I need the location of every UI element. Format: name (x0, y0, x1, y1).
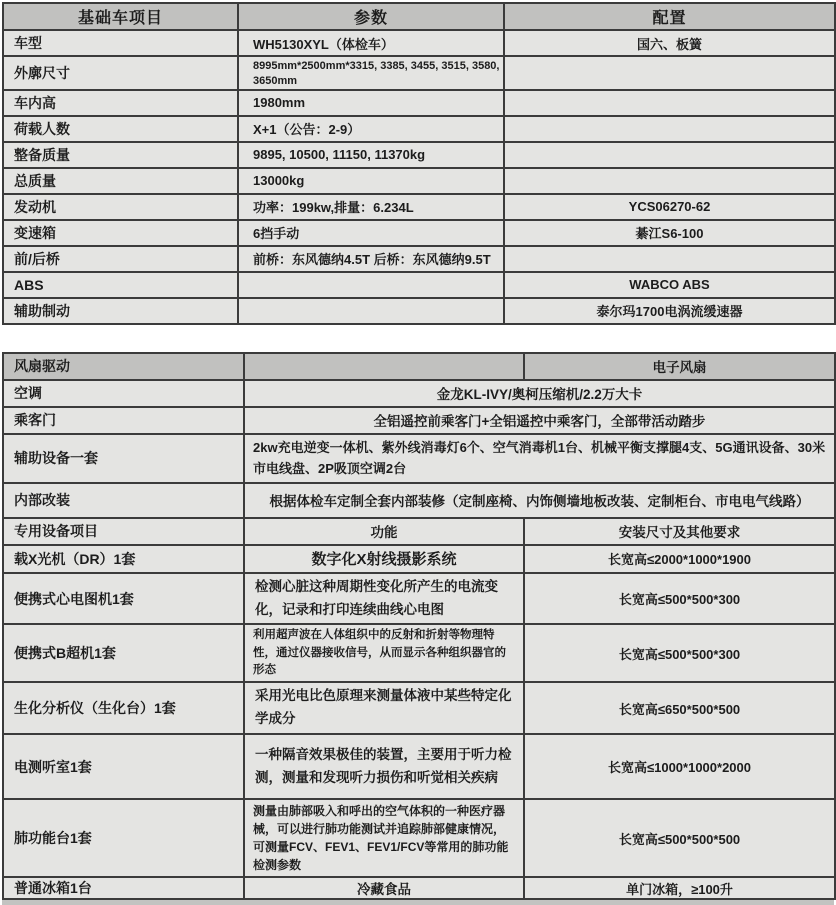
t1-row-config: 綦江S6-100 (504, 220, 835, 246)
table-row: 内部改装 根据体检车定制全套内部装修（定制座椅、内饰侧墙地板改装、定制柜台、市电… (3, 483, 835, 518)
t1-header-item: 基础车项目 (3, 3, 238, 30)
t2-row-value: 全铝遥控前乘客门+全铝遥控中乘客门，全部带活动踏步 (244, 407, 835, 434)
t2-equip-func: 数字化X射线摄影系统 (244, 545, 524, 573)
t2-equip-size: 单门冰箱，≥100升 (524, 877, 835, 899)
t2-equip-name: 生化分析仪（生化台）1套 (3, 682, 244, 734)
t1-row-label: 荷载人数 (3, 116, 238, 142)
t1-row-param: 前桥：东风德纳4.5T 后桥：东风德纳9.5T (238, 246, 504, 272)
t2-row-value: 2kw充电逆变一体机、紫外线消毒灯6个、空气消毒机1台、机械平衡支撑腿4支、5G… (244, 434, 835, 483)
t2-equip-func: 利用超声波在人体组织中的反射和折射等物理特性，通过仪器接收信号，从而显示各种组织… (244, 624, 524, 682)
t1-row-label: 发动机 (3, 194, 238, 220)
table-row: 辅助设备一套 2kw充电逆变一体机、紫外线消毒灯6个、空气消毒机1台、机械平衡支… (3, 434, 835, 483)
t1-row-config: YCS06270-62 (504, 194, 835, 220)
table-row: ABS WABCO ABS (3, 272, 835, 298)
t1-row-param (238, 272, 504, 298)
table-row: 空调 金龙KL-IVY/奥柯压缩机/2.2万大卡 (3, 380, 835, 407)
t1-row-param: 9895, 10500, 11150, 11370kg (238, 142, 504, 168)
t2-row-label: 辅助设备一套 (3, 434, 244, 483)
t1-row-label: 前/后桥 (3, 246, 238, 272)
t1-row-config (504, 90, 835, 116)
t2-equip-size: 长宽高≤650*500*500 (524, 682, 835, 734)
t2-section-func: 功能 (244, 518, 524, 545)
t1-row-config (504, 56, 835, 90)
t1-header-config: 配置 (504, 3, 835, 30)
t2-row-value: 金龙KL-IVY/奥柯压缩机/2.2万大卡 (244, 380, 835, 407)
t1-row-label: 整备质量 (3, 142, 238, 168)
t1-row-config: WABCO ABS (504, 272, 835, 298)
equipment-row: 肺功能台1套 测量由肺部吸入和呼出的空气体积的一种医疗器械，可以进行肺功能测试并… (3, 799, 835, 877)
equipment-row: 普通冰箱1台 冷藏食品 单门冰箱，≥100升 (3, 877, 835, 899)
t1-row-label: 变速箱 (3, 220, 238, 246)
equipment-row: 电测听室1套 一种隔音效果极佳的装置，主要用于听力检测，测量和发现听力损伤和听觉… (3, 734, 835, 799)
t2-equip-size: 长宽高≤2000*1000*1900 (524, 545, 835, 573)
t2-equip-name: 普通冰箱1台 (3, 877, 244, 899)
t2-section-size: 安装尺寸及其他要求 (524, 518, 835, 545)
t2-equip-size: 长宽高≤500*500*300 (524, 624, 835, 682)
table-row: 前/后桥 前桥：东风德纳4.5T 后桥：东风德纳9.5T (3, 246, 835, 272)
t1-row-param: 6挡手动 (238, 220, 504, 246)
equipment-row: 便携式B超机1套 利用超声波在人体组织中的反射和折射等物理特性，通过仪器接收信号… (3, 624, 835, 682)
t1-row-param: 1980mm (238, 90, 504, 116)
t1-header-param: 参数 (238, 3, 504, 30)
table-row: 辅助制动 泰尔玛1700电涡流缓速器 (3, 298, 835, 324)
t2-equip-name: 肺功能台1套 (3, 799, 244, 877)
t1-row-config (504, 116, 835, 142)
table-row: 乘客门 全铝遥控前乘客门+全铝遥控中乘客门，全部带活动踏步 (3, 407, 835, 434)
table-row: 外廓尺寸 8995mm*2500mm*3315, 3385, 3455, 351… (3, 56, 835, 90)
table-row: 发动机 功率：199kw,排量：6.234L YCS06270-62 (3, 194, 835, 220)
t1-row-config: 国六、板簧 (504, 30, 835, 56)
t2-fan-config: 电子风扇 (524, 353, 835, 380)
cutoff-next-row (2, 900, 834, 905)
t1-row-label: 总质量 (3, 168, 238, 194)
t2-fan-mid (244, 353, 524, 380)
t2-section-item: 专用设备项目 (3, 518, 244, 545)
t1-row-config (504, 246, 835, 272)
fan-drive-row: 风扇驱动 电子风扇 (3, 353, 835, 380)
t2-equip-func: 检测心脏这种周期性变化所产生的电流变化，记录和打印连续曲线心电图 (244, 573, 524, 625)
table-row: 整备质量 9895, 10500, 11150, 11370kg (3, 142, 835, 168)
t1-row-param: 13000kg (238, 168, 504, 194)
t2-row-label: 乘客门 (3, 407, 244, 434)
t2-fan-label: 风扇驱动 (3, 353, 244, 380)
t1-row-param: X+1（公告：2-9） (238, 116, 504, 142)
t2-equip-func: 采用光电比色原理来测量体液中某些特定化学成分 (244, 682, 524, 734)
t1-row-param: 8995mm*2500mm*3315, 3385, 3455, 3515, 35… (238, 56, 504, 90)
t2-equip-name: 载X光机（DR）1套 (3, 545, 244, 573)
t2-row-label: 空调 (3, 380, 244, 407)
t1-row-config (504, 168, 835, 194)
t1-row-param: 功率：199kw,排量：6.234L (238, 194, 504, 220)
equipment-row: 生化分析仪（生化台）1套 采用光电比色原理来测量体液中某些特定化学成分 长宽高≤… (3, 682, 835, 734)
t2-equip-size: 长宽高≤1000*1000*2000 (524, 734, 835, 799)
t2-equip-func: 一种隔音效果极佳的装置，主要用于听力检测，测量和发现听力损伤和听觉相关疾病 (244, 734, 524, 799)
table-row: 车内高 1980mm (3, 90, 835, 116)
t1-row-param (238, 298, 504, 324)
t2-row-label: 内部改装 (3, 483, 244, 518)
spec-sheet: 基础车项目 参数 配置 车型 WH5130XYL（体检车） 国六、板簧 外廓尺寸… (2, 2, 834, 905)
t1-row-label: 外廓尺寸 (3, 56, 238, 90)
basic-vehicle-table: 基础车项目 参数 配置 车型 WH5130XYL（体检车） 国六、板簧 外廓尺寸… (2, 2, 836, 325)
t1-row-label: ABS (3, 272, 238, 298)
t1-row-config: 泰尔玛1700电涡流缓速器 (504, 298, 835, 324)
table-row: 荷载人数 X+1（公告：2-9） (3, 116, 835, 142)
t1-row-label: 辅助制动 (3, 298, 238, 324)
t1-row-label: 车内高 (3, 90, 238, 116)
t2-equip-func: 测量由肺部吸入和呼出的空气体积的一种医疗器械，可以进行肺功能测试并追踪肺部健康情… (244, 799, 524, 877)
t2-equip-size: 长宽高≤500*500*300 (524, 573, 835, 625)
table-row: 变速箱 6挡手动 綦江S6-100 (3, 220, 835, 246)
table-row: 车型 WH5130XYL（体检车） 国六、板簧 (3, 30, 835, 56)
t2-row-value: 根据体检车定制全套内部装修（定制座椅、内饰侧墙地板改装、定制柜台、市电电气线路） (244, 483, 835, 518)
t1-row-param: WH5130XYL（体检车） (238, 30, 504, 56)
equipment-section-header-row: 专用设备项目 功能 安装尺寸及其他要求 (3, 518, 835, 545)
t1-row-label: 车型 (3, 30, 238, 56)
t2-equip-name: 便携式心电图机1套 (3, 573, 244, 625)
t2-equip-size: 长宽高≤500*500*500 (524, 799, 835, 877)
t1-row-config (504, 142, 835, 168)
equipment-table: 风扇驱动 电子风扇 空调 金龙KL-IVY/奥柯压缩机/2.2万大卡 乘客门 全… (2, 352, 836, 900)
t2-equip-func: 冷藏食品 (244, 877, 524, 899)
t2-equip-name: 电测听室1套 (3, 734, 244, 799)
table1-header-row: 基础车项目 参数 配置 (3, 3, 835, 30)
equipment-row: 载X光机（DR）1套 数字化X射线摄影系统 长宽高≤2000*1000*1900 (3, 545, 835, 573)
t2-equip-name: 便携式B超机1套 (3, 624, 244, 682)
equipment-row: 便携式心电图机1套 检测心脏这种周期性变化所产生的电流变化，记录和打印连续曲线心… (3, 573, 835, 625)
table-row: 总质量 13000kg (3, 168, 835, 194)
